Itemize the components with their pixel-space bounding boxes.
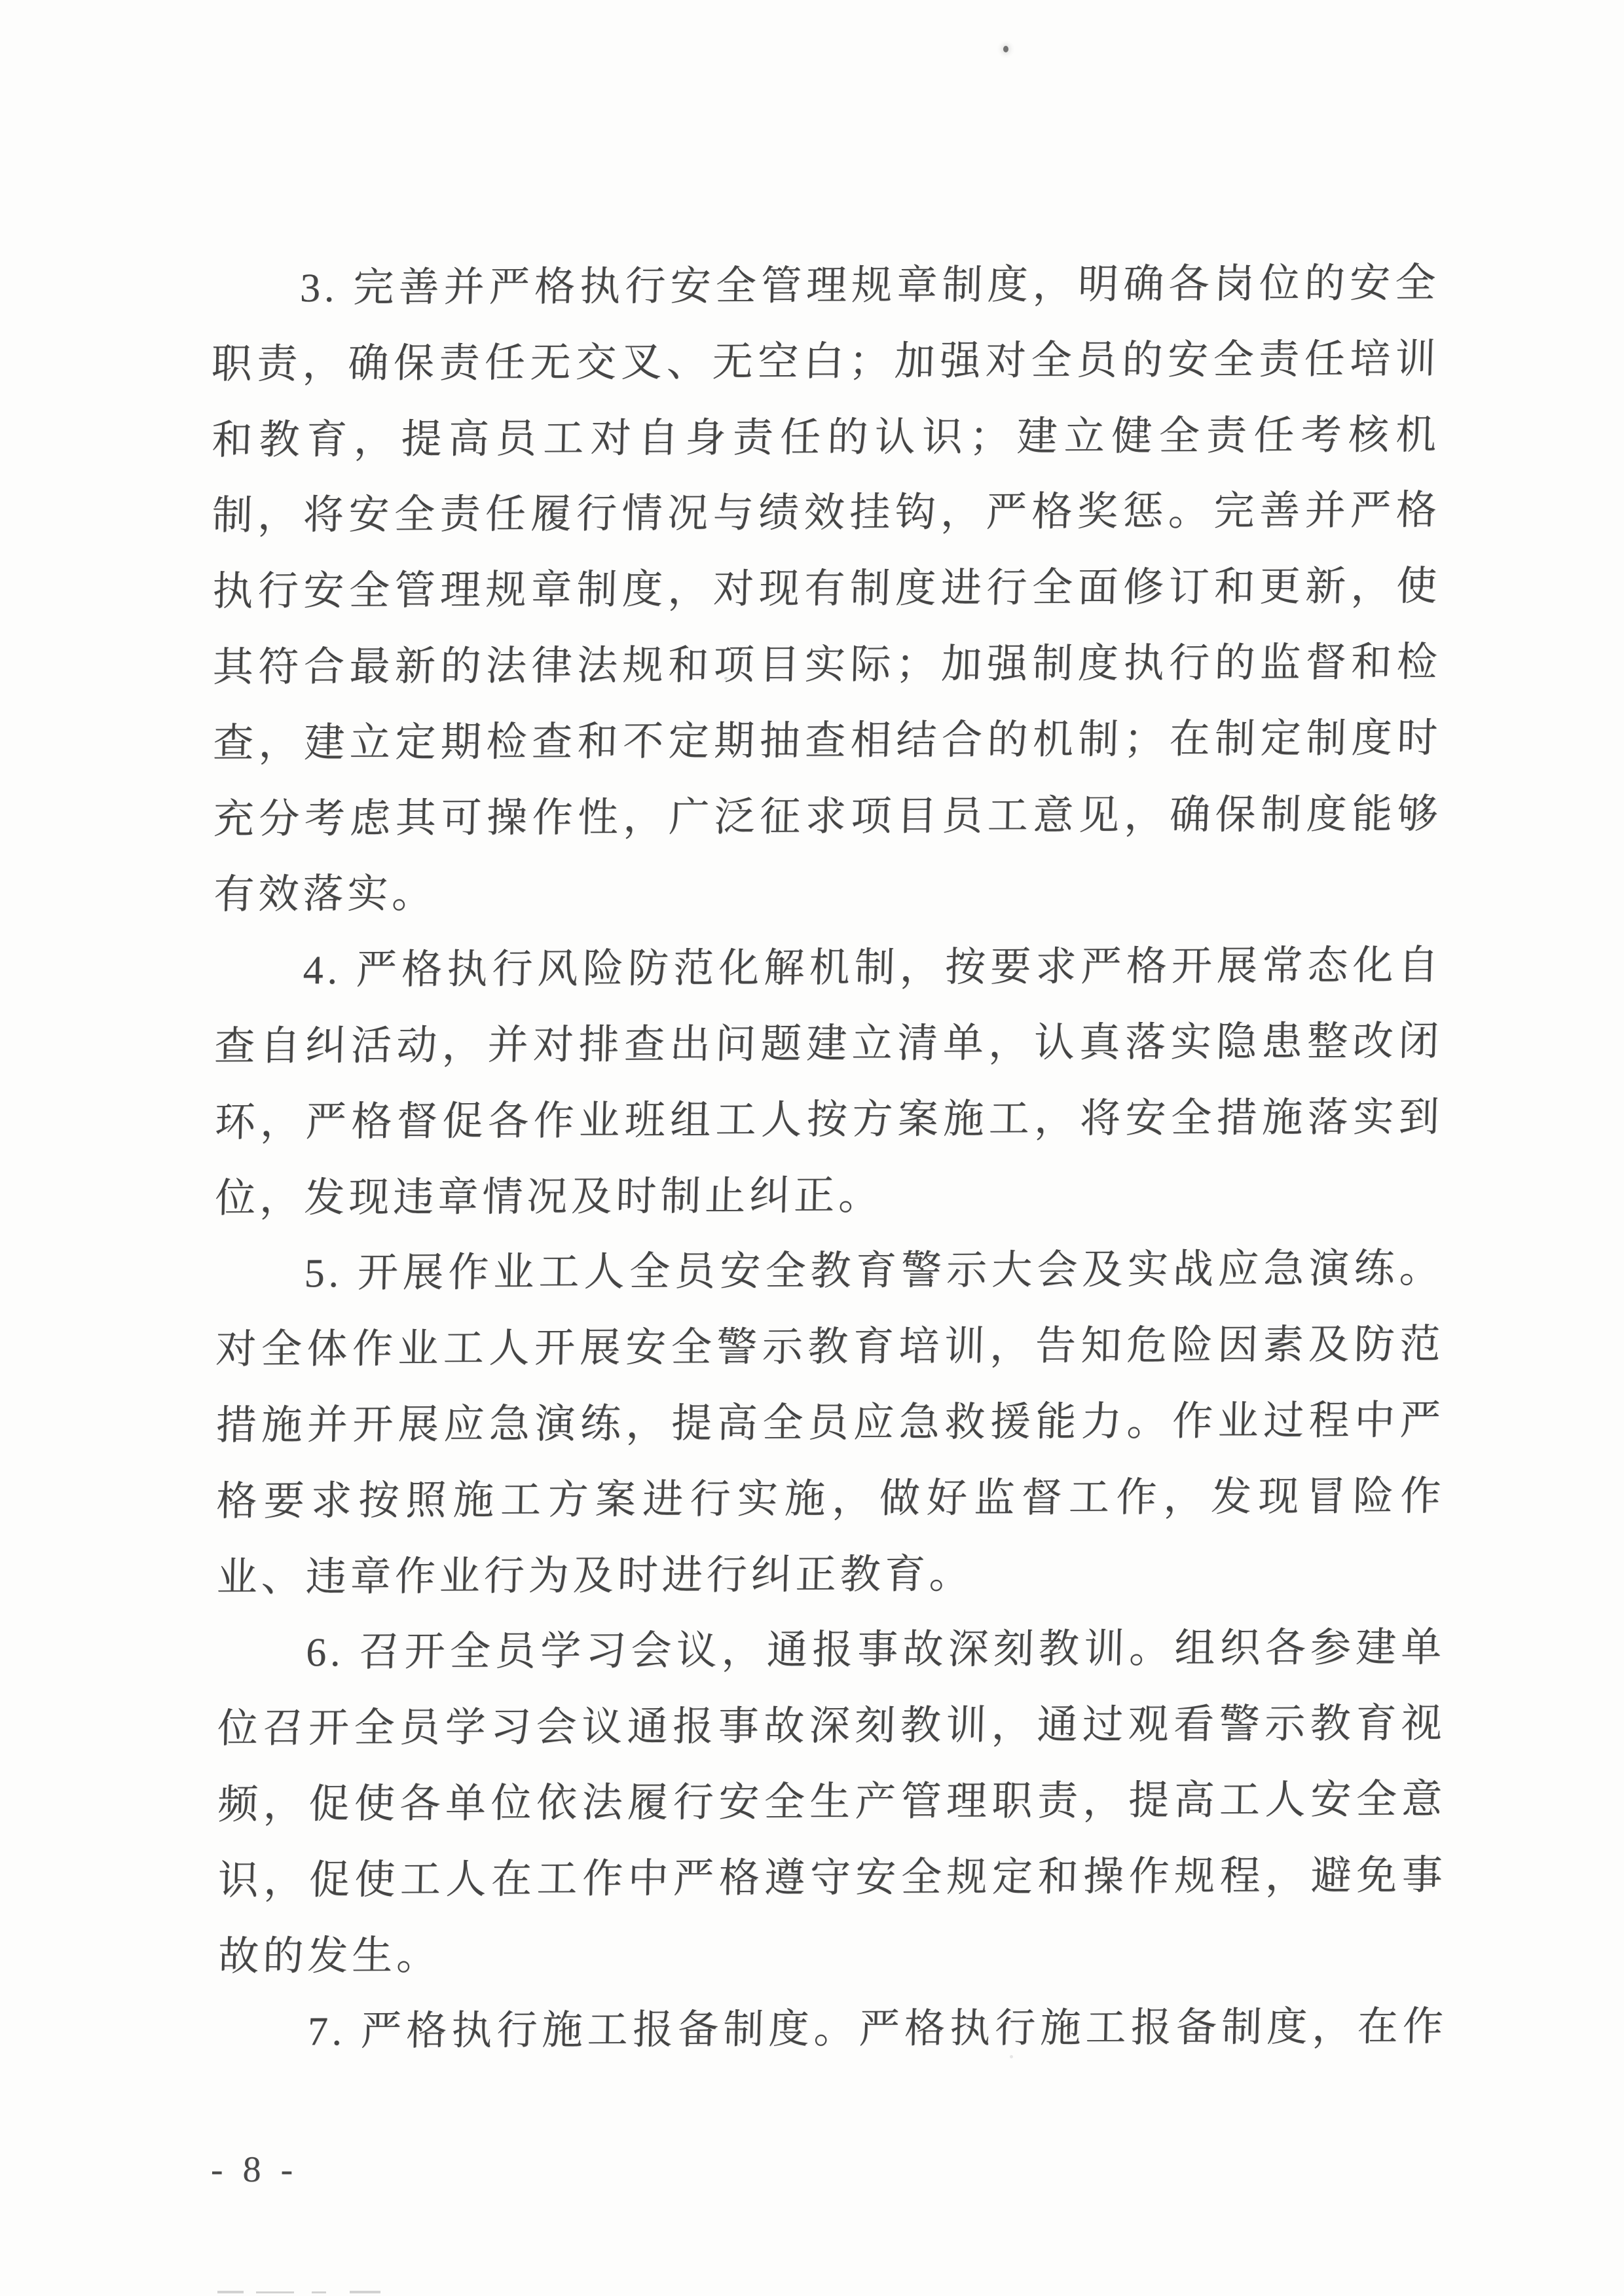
scan-edge-artifact	[217, 2291, 244, 2293]
text-line: 5. 开展作业工人全员安全教育警示大会及实战应急演练。	[214, 1231, 1445, 1313]
ink-speck	[1003, 46, 1008, 52]
text-line: 4. 严格执行风险防范化解机制，按要求严格开展常态化自	[213, 928, 1443, 1010]
text-line: 7. 严格执行施工报备制度。严格执行施工报备制度，在作	[218, 1990, 1449, 2071]
text-line: 查，建立定期检查和不定期抽查相结合的机制；在制定制度时	[212, 701, 1443, 782]
text-line: 和教育，提高员工对自身责任的认识；建立健全责任考核机	[211, 397, 1441, 479]
text-line: 频，促使各单位依法履行安全生产管理职责，提高工人安全意	[217, 1762, 1447, 1844]
text-line: 故的发生。	[217, 1914, 1448, 1995]
text-line: 措施并开展应急演练，提高全员应急救援能力。作业过程中严	[215, 1383, 1445, 1465]
text-line: 识，促使工人在工作中严格遵守安全规定和操作规程，避免事	[217, 1838, 1447, 1920]
text-line: 其符合最新的法律法规和项目实际；加强制度执行的监督和检	[212, 625, 1442, 706]
text-line: 环，严格督促各作业班组工人按方案施工，将安全措施落实到	[213, 1080, 1444, 1161]
text-line: 执行安全管理规章制度，对现有制度进行全面修订和更新，使	[212, 549, 1442, 630]
text-line: 位，发现违章情况及时制止纠正。	[214, 1156, 1445, 1237]
text-line: 位召开全员学习会议通报事故深刻教训，通过观看警示教育视	[216, 1686, 1447, 1768]
scanned-page: 3. 完善并严格执行安全管理规章制度，明确各岗位的安全职责，确保责任无交叉、无空…	[0, 0, 1624, 2296]
page-number: - 8 -	[210, 2150, 355, 2189]
scan-edge-artifact	[256, 2291, 294, 2293]
text-line: 6. 召开全员学习会议，通报事故深刻教训。组织各参建单	[216, 1611, 1447, 1692]
scan-edge-artifact	[312, 2291, 326, 2293]
text-line: 格要求按照施工方案进行实施，做好监督工作，发现冒险作	[215, 1459, 1446, 1540]
text-line: 3. 完善并严格执行安全管理规章制度，明确各岗位的安全	[210, 246, 1441, 327]
text-line: 制，将安全责任履行情况与绩效挂钩，严格奖惩。完善并严格	[211, 473, 1441, 555]
text-line: 有效落实。	[213, 852, 1443, 934]
text-line: 对全体作业工人开展安全警示教育培训，告知危险因素及防范	[215, 1307, 1445, 1389]
document-body: 3. 完善并严格执行安全管理规章制度，明确各岗位的安全职责，确保责任无交叉、无空…	[211, 246, 1447, 2071]
text-line: 查自纠活动，并对排查出问题建立清单，认真落实隐患整改闭	[213, 1004, 1444, 1085]
scan-edge-artifact	[350, 2291, 380, 2293]
text-line: 业、违章作业行为及时进行纠正教育。	[215, 1535, 1446, 1616]
text-line: 职责，确保责任无交叉、无空白；加强对全员的安全责任培训	[210, 322, 1441, 403]
text-line: 充分考虑其可操作性，广泛征求项目员工意见，确保制度能够	[212, 776, 1443, 858]
